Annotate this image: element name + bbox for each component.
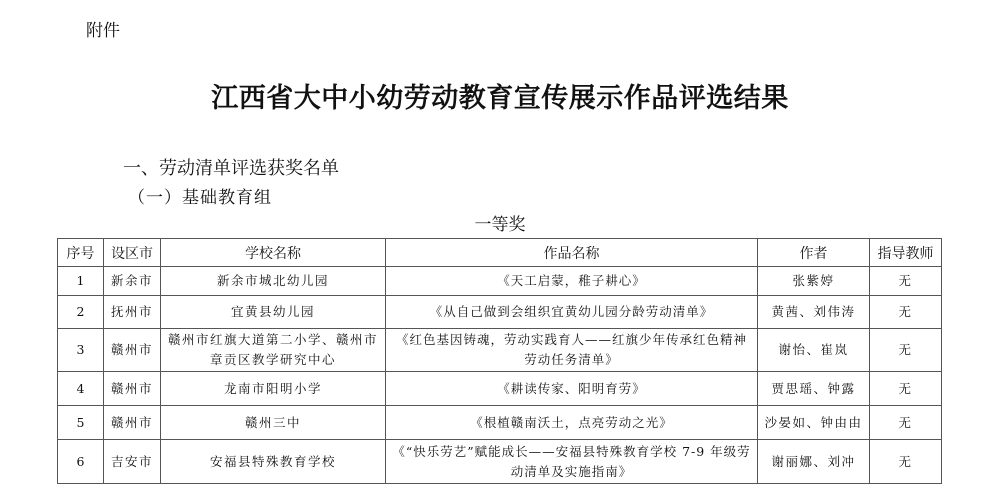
cell-index: 1 <box>58 267 104 296</box>
cell-advisor: 无 <box>870 296 942 329</box>
cell-advisor: 无 <box>870 329 942 372</box>
header-index: 序号 <box>58 239 104 267</box>
cell-work: 《红色基因铸魂，劳动实践育人——红旗少年传承红色精神劳动任务清单》 <box>386 329 758 372</box>
table-row: 5 赣州市 赣州三中 《根植赣南沃土，点亮劳动之光》 沙晏如、钟由由 无 <box>58 406 942 440</box>
cell-author: 谢怡、崔岚 <box>758 329 870 372</box>
header-city: 设区市 <box>104 239 161 267</box>
cell-index: 2 <box>58 296 104 329</box>
cell-work: 《从自己做到会组织宜黄幼儿园分龄劳动清单》 <box>386 296 758 329</box>
cell-advisor: 无 <box>870 267 942 296</box>
cell-school: 赣州市红旗大道第二小学、赣州市章贡区教学研究中心 <box>161 329 386 372</box>
header-work: 作品名称 <box>386 239 758 267</box>
table-row: 1 新余市 新余市城北幼儿园 《天工启蒙，稚子耕心》 张紫婷 无 <box>58 267 942 296</box>
cell-city: 新余市 <box>104 267 161 296</box>
cell-index: 6 <box>58 440 104 484</box>
subsection-heading: （一）基础教育组 <box>128 183 272 208</box>
table-row: 6 吉安市 安福县特殊教育学校 《“快乐劳艺”赋能成长——安福县特殊教育学校 7… <box>58 440 942 484</box>
cell-index: 3 <box>58 329 104 372</box>
header-author: 作者 <box>758 239 870 267</box>
cell-index: 5 <box>58 406 104 440</box>
cell-author: 谢丽娜、刘冲 <box>758 440 870 484</box>
cell-work: 《根植赣南沃土，点亮劳动之光》 <box>386 406 758 440</box>
cell-author: 黄茜、刘伟涛 <box>758 296 870 329</box>
table-header-row: 序号 设区市 学校名称 作品名称 作者 指导教师 <box>58 239 942 267</box>
section-heading: 一、劳动清单评选获奖名单 <box>123 154 339 180</box>
cell-work: 《“快乐劳艺”赋能成长——安福县特殊教育学校 7-9 年级劳动清单及实施指南》 <box>386 440 758 484</box>
cell-school: 安福县特殊教育学校 <box>161 440 386 484</box>
cell-city: 吉安市 <box>104 440 161 484</box>
table-row: 2 抚州市 宜黄县幼儿园 《从自己做到会组织宜黄幼儿园分龄劳动清单》 黄茜、刘伟… <box>58 296 942 329</box>
cell-author: 沙晏如、钟由由 <box>758 406 870 440</box>
results-table: 序号 设区市 学校名称 作品名称 作者 指导教师 1 新余市 新余市城北幼儿园 … <box>57 238 942 484</box>
cell-school: 赣州三中 <box>161 406 386 440</box>
cell-advisor: 无 <box>870 440 942 484</box>
cell-author: 贾思瑶、钟露 <box>758 372 870 406</box>
table-row: 4 赣州市 龙南市阳明小学 《耕读传家、阳明育劳》 贾思瑶、钟露 无 <box>58 372 942 406</box>
cell-city: 赣州市 <box>104 329 161 372</box>
cell-work: 《耕读传家、阳明育劳》 <box>386 372 758 406</box>
cell-index: 4 <box>58 372 104 406</box>
cell-school: 宜黄县幼儿园 <box>161 296 386 329</box>
cell-city: 赣州市 <box>104 372 161 406</box>
cell-city: 抚州市 <box>104 296 161 329</box>
header-school: 学校名称 <box>161 239 386 267</box>
prize-heading: 一等奖 <box>0 210 1000 235</box>
cell-school: 龙南市阳明小学 <box>161 372 386 406</box>
cell-school: 新余市城北幼儿园 <box>161 267 386 296</box>
header-advisor: 指导教师 <box>870 239 942 267</box>
table-row: 3 赣州市 赣州市红旗大道第二小学、赣州市章贡区教学研究中心 《红色基因铸魂，劳… <box>58 329 942 372</box>
cell-work: 《天工启蒙，稚子耕心》 <box>386 267 758 296</box>
cell-advisor: 无 <box>870 372 942 406</box>
cell-author: 张紫婷 <box>758 267 870 296</box>
cell-city: 赣州市 <box>104 406 161 440</box>
cell-advisor: 无 <box>870 406 942 440</box>
attachment-label: 附件 <box>86 16 120 41</box>
document-title: 江西省大中小幼劳动教育宣传展示作品评选结果 <box>0 76 1000 115</box>
